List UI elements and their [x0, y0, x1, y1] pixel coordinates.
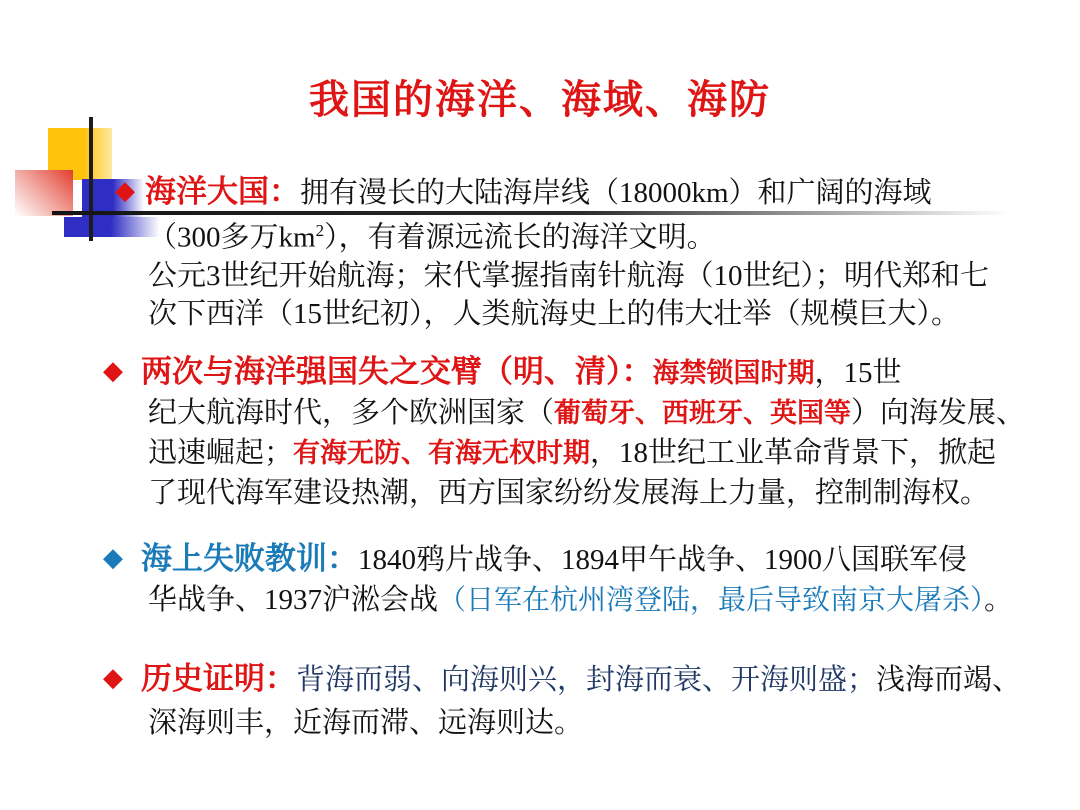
bullet-line: ◆历史证明：背海而弱、向海则兴，封海而衰、开海则盛；浅海而竭、: [103, 657, 1070, 702]
text-segment: 华战争、1937沪淞会战: [148, 584, 438, 616]
text-segment: 浅海而竭、: [876, 664, 1021, 696]
bullet-line: 深海则丰，近海而滞、远海则达。: [103, 702, 1070, 745]
bullet-line: 迅速崛起；有海无防、有海无权时期，18世纪工业革命背景下，掀起: [103, 433, 1070, 473]
text-segment: 背海而弱、向海则兴，封海而衰、开海则盛；: [296, 664, 876, 696]
text-segment: ，15世: [815, 357, 902, 389]
text-segment: 2: [316, 221, 325, 240]
text-segment: 拥有漫长的大陆海岸线（18000km）和广阔的海域: [300, 177, 932, 209]
text-segment: 海上失败教训：: [141, 541, 358, 576]
text-segment: 两次与海洋强国失之交臂（明、清）：: [141, 354, 653, 389]
text-segment: 历史证明：: [141, 661, 296, 696]
bullet-list: ◆海洋大国：拥有漫长的大陆海岸线（18000km）和广阔的海域（300多万km2…: [103, 172, 1070, 745]
decoration-vertical-line: [89, 117, 93, 241]
bullet-line: ◆两次与海洋强国失之交臂（明、清）：海禁锁国时期，15世: [103, 351, 1070, 393]
text-segment: ，18世纪工业革命背景下，掀起: [590, 437, 996, 469]
bullet-item: ◆两次与海洋强国失之交臂（明、清）：海禁锁国时期，15世纪大航海时代，多个欧洲国…: [103, 351, 1070, 513]
text-segment: 。: [984, 584, 1013, 616]
bullet-item: ◆海上失败教训：1840鸦片战争、1894甲午战争、1900八国联军侵华战争、1…: [103, 538, 1070, 621]
text-segment: 海禁锁国时期: [653, 358, 815, 388]
bullet-item: ◆历史证明：背海而弱、向海则兴，封海而衰、开海则盛；浅海而竭、深海则丰，近海而滞…: [103, 657, 1070, 745]
text-segment: ）向海发展、: [851, 397, 1025, 429]
text-segment: （300多万km: [148, 222, 316, 254]
decoration-red-gradient-square: [15, 170, 73, 216]
text-segment: （日军在杭州湾登陆，最后导致南京大屠杀）: [438, 585, 984, 616]
text-segment: 了现代海军建设热潮，西方国家纷纷发展海上力量，控制制海权。: [148, 477, 989, 509]
bullet-item: ◆海洋大国：拥有漫长的大陆海岸线（18000km）和广阔的海域（300多万km2…: [103, 172, 1070, 333]
text-segment: 迅速崛起；: [148, 437, 293, 469]
text-segment: ），有着源远流长的海洋文明。: [324, 222, 716, 254]
bullet-line: 华战争、1937沪淞会战（日军在杭州湾登陆，最后导致南京大屠杀）。: [103, 580, 1070, 621]
text-segment: 1840鸦片战争、1894甲午战争、1900八国联军侵: [358, 544, 967, 576]
text-segment: 葡萄牙、西班牙、英国等: [554, 398, 851, 428]
diamond-bullet-icon: ◆: [103, 657, 123, 700]
bullet-line: 纪大航海时代，多个欧洲国家（葡萄牙、西班牙、英国等）向海发展、: [103, 393, 1070, 433]
bullet-line: ◆海上失败教训：1840鸦片战争、1894甲午战争、1900八国联军侵: [103, 538, 1070, 580]
text-segment: 纪大航海时代，多个欧洲国家（: [148, 397, 554, 429]
diamond-bullet-icon: ◆: [103, 351, 123, 391]
diamond-bullet-icon: ◆: [103, 538, 123, 578]
bullet-line: （300多万km2），有着源远流长的海洋文明。: [103, 212, 1070, 257]
bullet-line: 公元3世纪开始航海；宋代掌握指南针航海（10世纪）；明代郑和七: [103, 257, 1070, 295]
diamond-bullet-icon: ◆: [115, 172, 135, 210]
text-segment: 公元3世纪开始航海；宋代掌握指南针航海（10世纪）；明代郑和七: [148, 260, 989, 292]
text-segment: 有海无防、有海无权时期: [293, 438, 590, 468]
slide-title: 我国的海洋、海域、海防: [0, 68, 1080, 125]
bullet-line: 次下西洋（15世纪初），人类航海史上的伟大壮举（规模巨大）。: [103, 295, 1070, 333]
bullet-line: ◆海洋大国：拥有漫长的大陆海岸线（18000km）和广阔的海域: [103, 172, 1070, 212]
text-segment: 深海则丰，近海而滞、远海则达。: [148, 707, 583, 739]
text-segment: 次下西洋（15世纪初），人类航海史上的伟大壮举（规模巨大）。: [148, 298, 960, 330]
text-segment: 海洋大国：: [145, 174, 300, 209]
bullet-line: 了现代海军建设热潮，西方国家纷纷发展海上力量，控制制海权。: [103, 473, 1070, 513]
slide: 我国的海洋、海域、海防 ◆海洋大国：拥有漫长的大陆海岸线（18000km）和广阔…: [0, 0, 1080, 810]
